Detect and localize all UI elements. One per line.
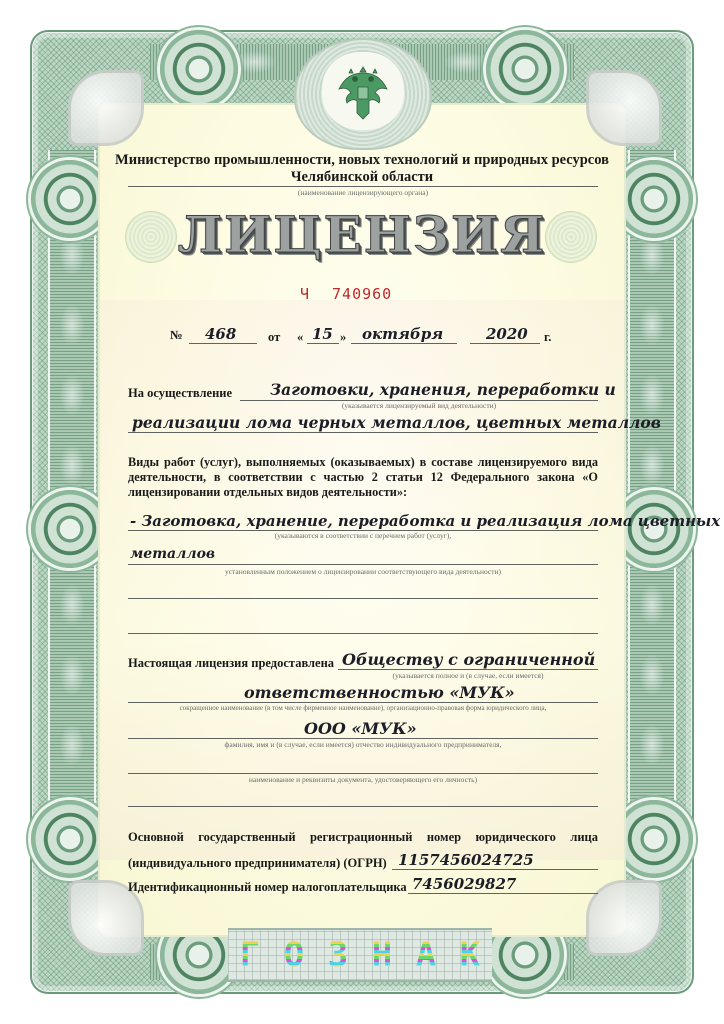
underline [351, 343, 457, 344]
hologram-glyph: А [416, 935, 436, 975]
serial-number: Ч740960 [300, 285, 392, 303]
licensee-label: Настоящая лицензия предоставлена [128, 656, 334, 671]
underline [307, 343, 339, 344]
ogrn-label-line1: Основной государственный регистрационный… [128, 830, 598, 845]
issuing-authority-line1: Министерство промышленности, новых техно… [110, 152, 614, 169]
quote-close: » [340, 330, 346, 345]
underline [338, 669, 598, 670]
activity-label: На осуществление [128, 386, 232, 401]
rosette-ornament [31, 160, 109, 238]
hologram-glyph: О [284, 935, 304, 975]
works-hint1: (указываются в соответствии с перечнем р… [128, 531, 598, 540]
corner-scroll-ornament [68, 70, 144, 146]
licensee-hint1: (указывается полное и (в случае, если им… [338, 671, 598, 680]
activity-hint: (указывается лицензируемый вид деятельно… [240, 401, 598, 410]
from-label: от [268, 330, 280, 345]
licensee-hint3: фамилия, имя и (в случае, если имеется) … [128, 740, 598, 749]
issuing-authority-line2: Челябинской области [110, 169, 614, 186]
issuing-authority: Министерство промышленности, новых техно… [110, 152, 614, 186]
hologram-strip: Г О З Н А К [228, 928, 492, 982]
underline [128, 432, 598, 433]
hologram-glyph: Г [240, 935, 260, 975]
rosette-ornament [31, 800, 109, 878]
license-number: 468 [205, 325, 236, 343]
activity-line1: Заготовки, хранения, переработки и [270, 380, 616, 399]
rosette-ornament [615, 160, 693, 238]
hologram-glyph: Н [372, 935, 392, 975]
works-line2: металлов [130, 546, 215, 562]
corner-scroll-ornament [586, 880, 662, 956]
works-paragraph: Виды работ (услуг), выполняемых (оказыва… [128, 455, 598, 500]
licensee-line2: ответственностью «МУК» [244, 683, 515, 702]
works-line1: - Заготовка, хранение, переработка и реа… [130, 512, 720, 530]
rosette-ornament [615, 800, 693, 878]
underline [128, 806, 598, 807]
ogrn-value: 1157456024725 [398, 851, 534, 869]
issue-year: 2020 [486, 325, 528, 343]
underline [128, 738, 598, 739]
document-title: ЛИЦЕНЗИЯ [110, 205, 614, 264]
issue-day: 15 [312, 325, 333, 343]
number-label: № [170, 328, 183, 343]
serial-series: Ч [300, 285, 310, 303]
ogrn-label-line2: (индивидуального предпринимателя) (ОГРН) [128, 856, 387, 871]
serial-digits: 740960 [332, 285, 392, 303]
licensee-hint4: наименование и реквизиты документа, удос… [128, 775, 598, 784]
rosette-ornament [486, 30, 564, 108]
hologram-glyph: К [460, 935, 480, 975]
licensee-line1: Обществу с ограниченной [342, 650, 595, 669]
authority-hint: (наименование лицензирующего органа) [128, 188, 598, 197]
underline [128, 186, 598, 187]
underline [189, 343, 257, 344]
underline [408, 893, 598, 894]
coat-of-arms-icon [322, 52, 404, 130]
underline [128, 564, 598, 565]
underline [470, 343, 540, 344]
underline [128, 633, 598, 634]
licensee-short-name: ООО «МУК» [304, 719, 417, 738]
issue-month: октября [362, 325, 443, 343]
works-hint2: установленным положением о лицензировани… [128, 567, 598, 576]
quote-open: « [297, 330, 303, 345]
activity-line2: реализации лома черных металлов, цветных… [132, 413, 661, 432]
licensee-hint2: сокращенное наименование (в том числе фи… [128, 704, 598, 712]
underline [128, 773, 598, 774]
rosette-ornament [160, 30, 238, 108]
rosette-ornament [31, 490, 109, 568]
underline [392, 869, 598, 870]
corner-scroll-ornament [586, 70, 662, 146]
inn-value: 7456029827 [412, 875, 516, 893]
underline [128, 598, 598, 599]
underline [128, 702, 598, 703]
hologram-glyph: З [328, 935, 348, 975]
inn-label: Идентификационный номер налогоплательщик… [128, 880, 407, 895]
year-suffix: г. [544, 330, 551, 345]
